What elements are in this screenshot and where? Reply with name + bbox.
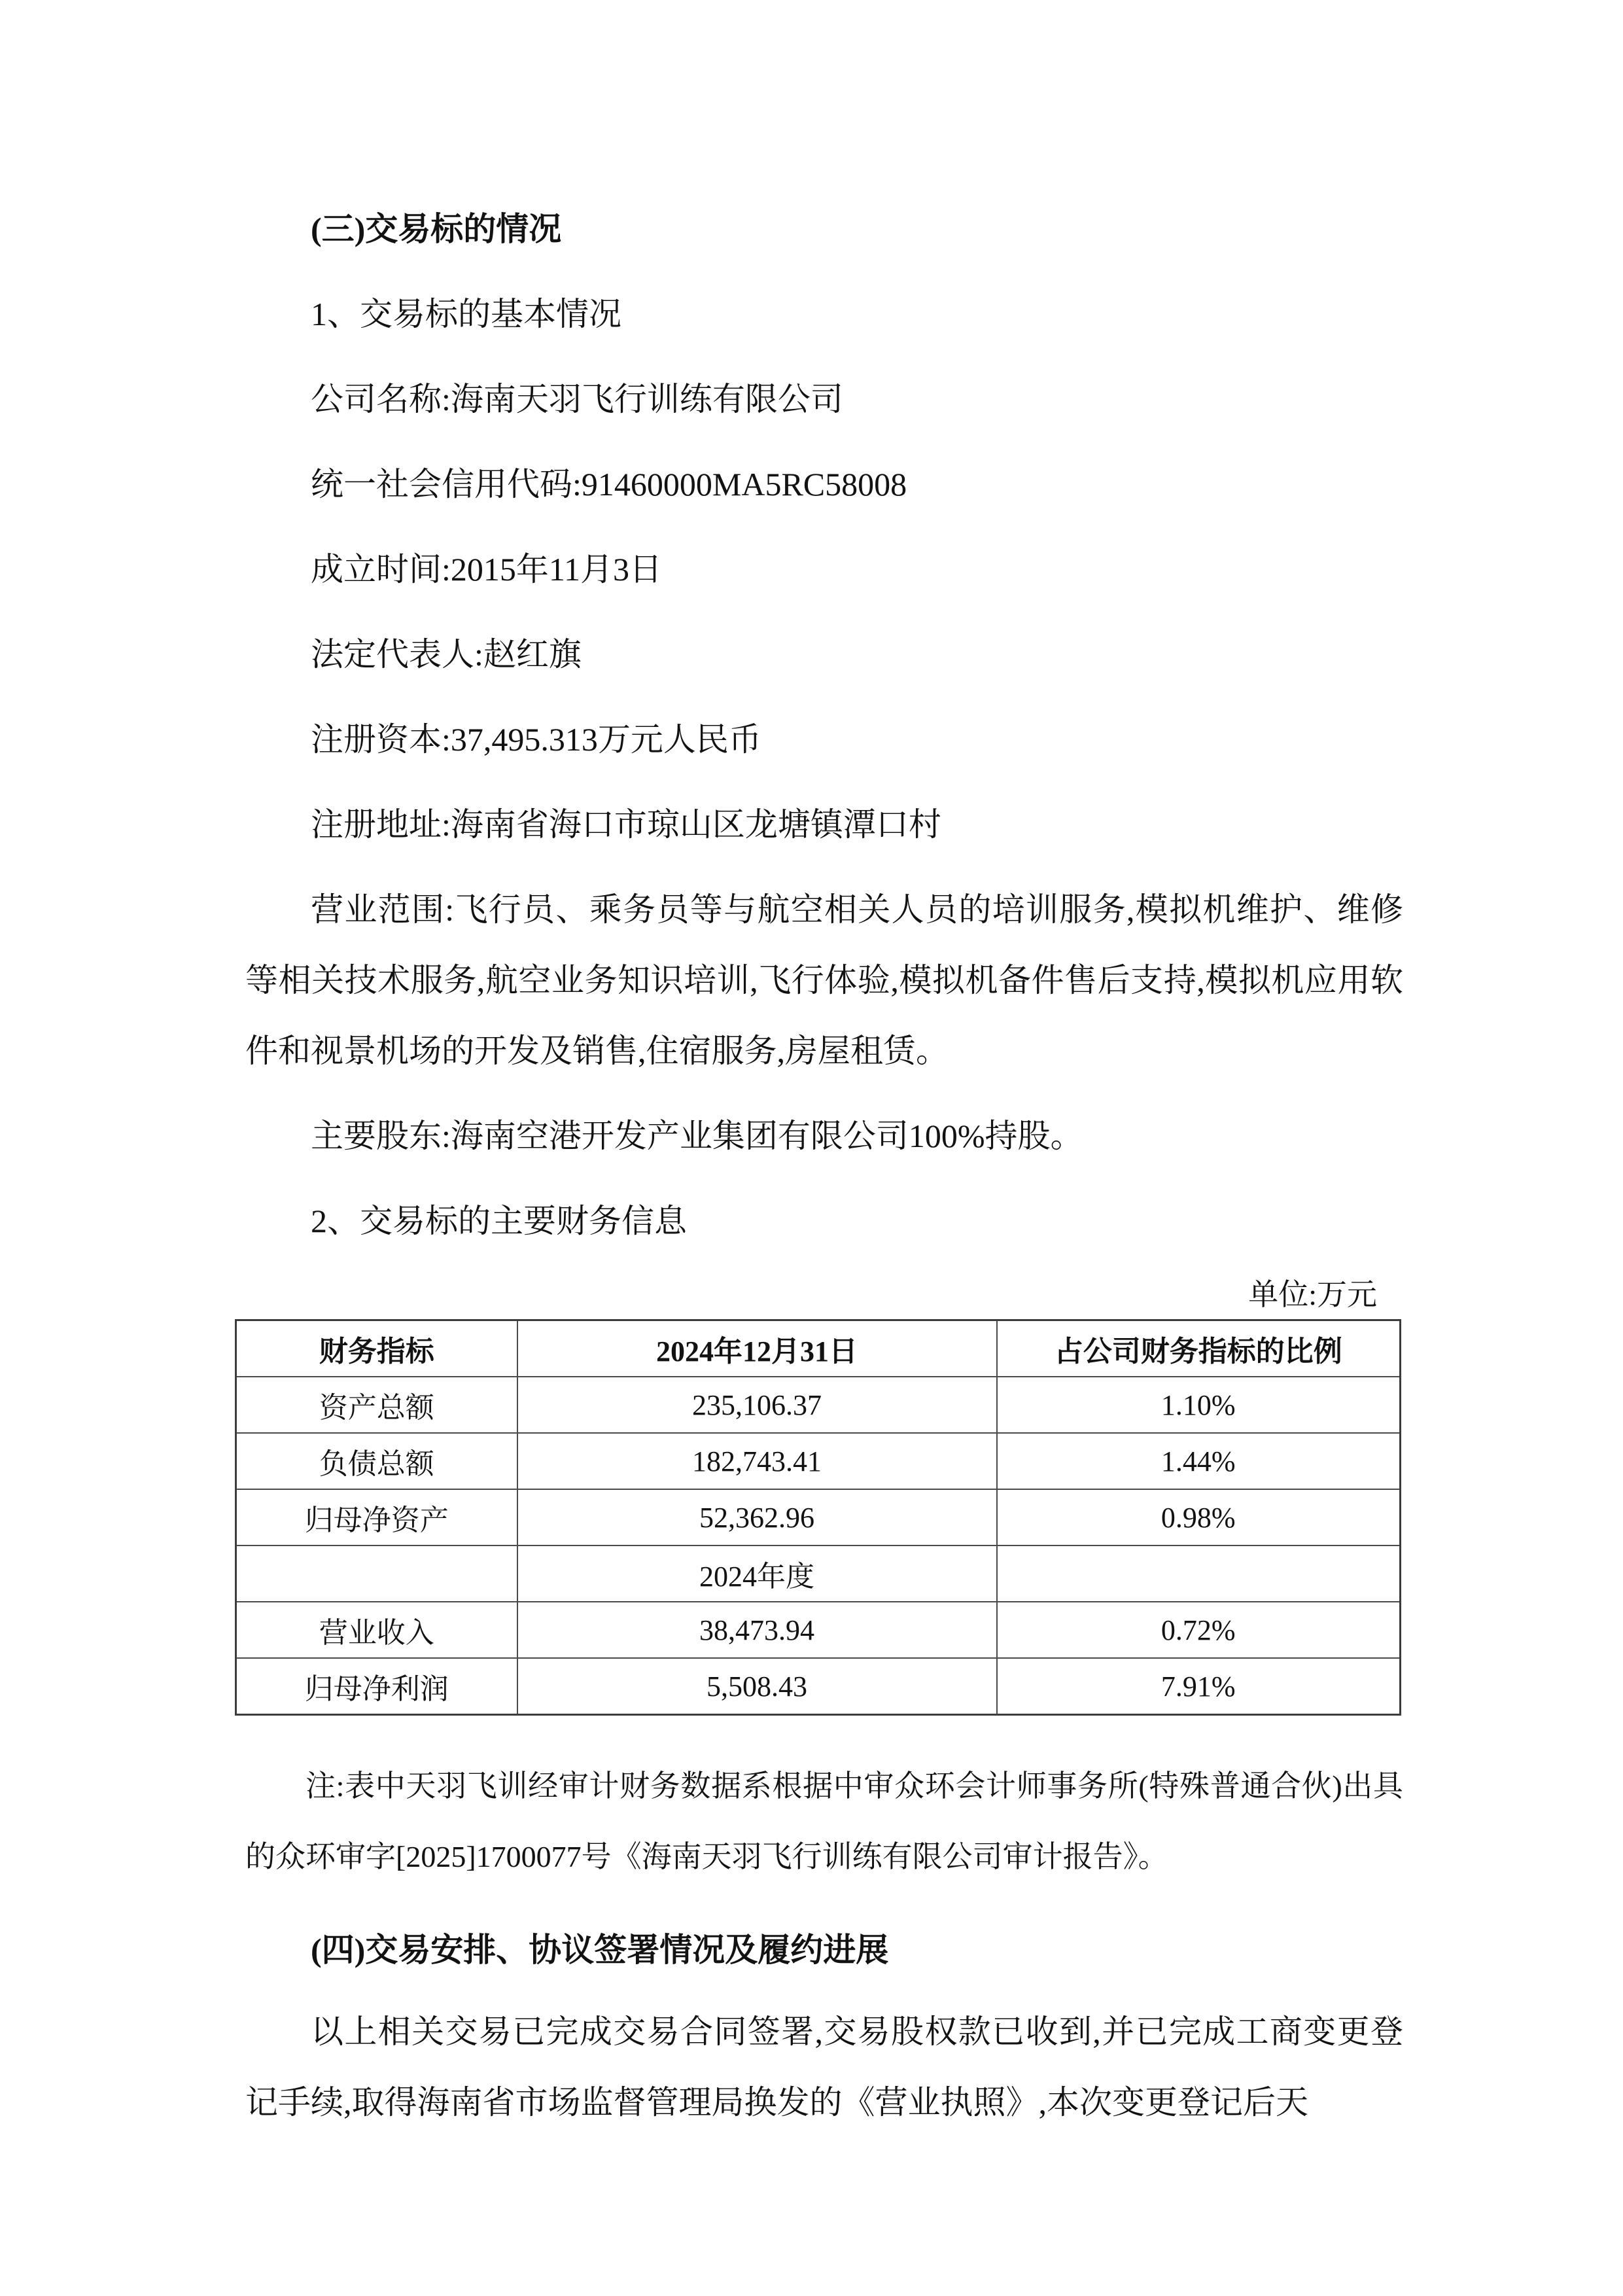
cell-value: 38,473.94 [517, 1602, 997, 1658]
header-date: 2024年12月31日 [517, 1320, 997, 1377]
cell-value: 52,362.96 [517, 1489, 997, 1545]
company-name-line: 公司名称:海南天羽飞行训练有限公司 [245, 364, 1403, 434]
table-row: 负债总额 182,743.41 1.44% [236, 1433, 1401, 1489]
cell-value: 5,508.43 [517, 1658, 997, 1715]
unit-label: 单位:万元 [245, 1271, 1403, 1319]
shareholder-line: 主要股东:海南空港开发产业集团有限公司100%持股。 [245, 1101, 1403, 1171]
table-row: 资产总额 235,106.37 1.10% [236, 1377, 1401, 1433]
cell-ratio [997, 1545, 1401, 1602]
cell-indicator: 归母净利润 [236, 1658, 517, 1715]
cell-ratio: 0.72% [997, 1602, 1401, 1658]
subsection-2-title: 2、交易标的主要财务信息 [245, 1186, 1403, 1256]
business-scope-paragraph: 营业范围:飞行员、乘务员等与航空相关人员的培训服务,模拟机维护、维修等相关技术服… [245, 874, 1403, 1086]
cell-indicator: 负债总额 [236, 1433, 517, 1489]
closing-paragraph: 以上相关交易已完成交易合同签署,交易股权款已收到,并已完成工商变更登记手续,取得… [245, 1996, 1403, 2138]
table-row: 营业收入 38,473.94 0.72% [236, 1602, 1401, 1658]
cell-ratio: 1.44% [997, 1433, 1401, 1489]
table-header-row: 财务指标 2024年12月31日 占公司财务指标的比例 [236, 1320, 1401, 1377]
cell-ratio: 0.98% [997, 1489, 1401, 1545]
financial-table: 财务指标 2024年12月31日 占公司财务指标的比例 资产总额 235,106… [235, 1319, 1401, 1716]
subsection-1-title: 1、交易标的基本情况 [245, 279, 1403, 349]
cell-value: 235,106.37 [517, 1377, 997, 1433]
cell-indicator [236, 1545, 517, 1602]
cell-indicator: 营业收入 [236, 1602, 517, 1658]
table-row: 归母净利润 5,508.43 7.91% [236, 1658, 1401, 1715]
cell-indicator: 归母净资产 [236, 1489, 517, 1545]
cell-indicator: 资产总额 [236, 1377, 517, 1433]
table-note: 注:表中天羽飞训经审计财务数据系根据中审众环会计师事务所(特殊普通合伙)出具的众… [245, 1751, 1403, 1892]
document-page: (三)交易标的情况 1、交易标的基本情况 公司名称:海南天羽飞行训练有限公司 统… [0, 0, 1623, 2296]
header-ratio: 占公司财务指标的比例 [997, 1320, 1401, 1377]
cell-ratio: 1.10% [997, 1377, 1401, 1433]
establish-date-line: 成立时间:2015年11月3日 [245, 534, 1403, 605]
table-period-row: 2024年度 [236, 1545, 1401, 1602]
credit-code-line: 统一社会信用代码:91460000MA5RC58008 [245, 449, 1403, 520]
registered-capital-line: 注册资本:37,495.313万元人民币 [245, 704, 1403, 775]
cell-period: 2024年度 [517, 1545, 997, 1602]
legal-rep-line: 法定代表人:赵红旗 [245, 619, 1403, 690]
cell-value: 182,743.41 [517, 1433, 997, 1489]
registered-address-line: 注册地址:海南省海口市琼山区龙塘镇潭口村 [245, 789, 1403, 860]
table-row: 归母净资产 52,362.96 0.98% [236, 1489, 1401, 1545]
header-indicator: 财务指标 [236, 1320, 517, 1377]
cell-ratio: 7.91% [997, 1658, 1401, 1715]
section-heading-3: (三)交易标的情况 [245, 194, 1403, 264]
section-heading-4: (四)交易安排、协议签署情况及履约进展 [245, 1915, 1403, 1985]
